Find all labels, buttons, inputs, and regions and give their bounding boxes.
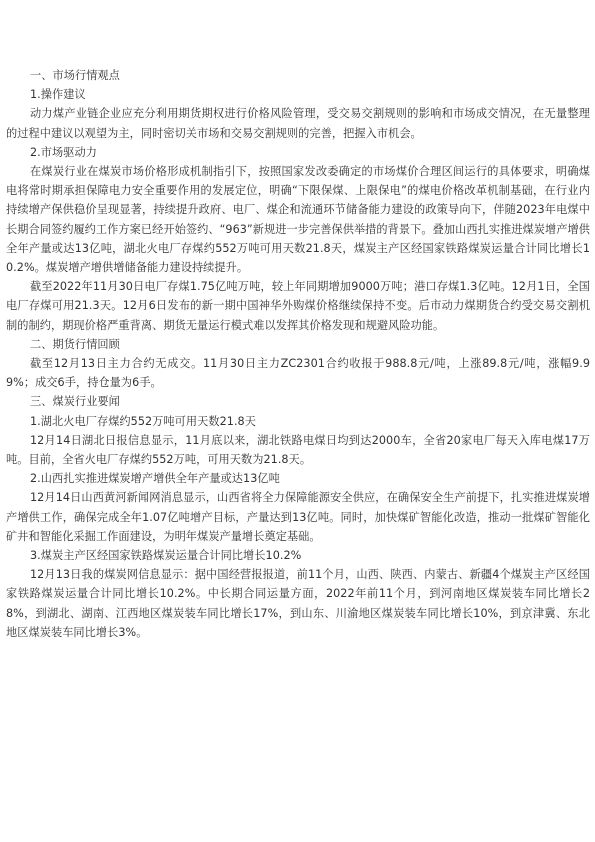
document-page: 一、市场行情观点 1.操作建议 动力煤产业链企业应充分利用期货期权进行价格风险管… (6, 66, 590, 642)
subsection-heading-market-drivers: 2.市场驱动力 (6, 143, 590, 162)
paragraph-futures-review: 截至12月13日主力合约无成交。11月30日主力ZC2301合约收报于988.8… (6, 354, 590, 392)
news-heading-shanxi: 2.山西扎实推进煤炭增产增供全年产量或达13亿吨 (6, 469, 590, 488)
paragraph-market-drivers-2: 截至2022年11月30日电厂存煤1.75亿吨万吨，较上年同期增加9000万吨；… (6, 277, 590, 335)
section-heading-futures-review: 二、期货行情回顾 (6, 335, 590, 354)
section-heading-industry-news: 三、煤炭行业要闻 (6, 392, 590, 411)
paragraph-operation-advice: 动力煤产业链企业应充分利用期货期权进行价格风险管理，受交易交割规则的影响和市场成… (6, 104, 590, 142)
paragraph-market-drivers-1: 在煤炭行业在煤炭市场价格形成机制指引下，按照国家发改委确定的市场煤价合理区间运行… (6, 162, 590, 277)
subsection-heading-operation-advice: 1.操作建议 (6, 85, 590, 104)
section-heading-market-view: 一、市场行情观点 (6, 66, 590, 85)
news-heading-railway: 3.煤炭主产区经国家铁路煤炭运量合计同比增长10.2% (6, 546, 590, 565)
news-paragraph-shanxi: 12月14日山西黄河新闻网消息显示，山西省将全力保障能源安全供应，在确保安全生产… (6, 488, 590, 546)
news-paragraph-railway: 12月13日我的煤炭网信息显示：据中国经营报报道，前11个月，山西、陕西、内蒙古… (6, 565, 590, 642)
news-paragraph-hubei: 12月14日湖北日报信息显示，11月底以来，湖北铁路电煤日均到达2000车，全省… (6, 431, 590, 469)
news-heading-hubei: 1.湖北火电厂存煤约552万吨可用天数21.8天 (6, 412, 590, 431)
